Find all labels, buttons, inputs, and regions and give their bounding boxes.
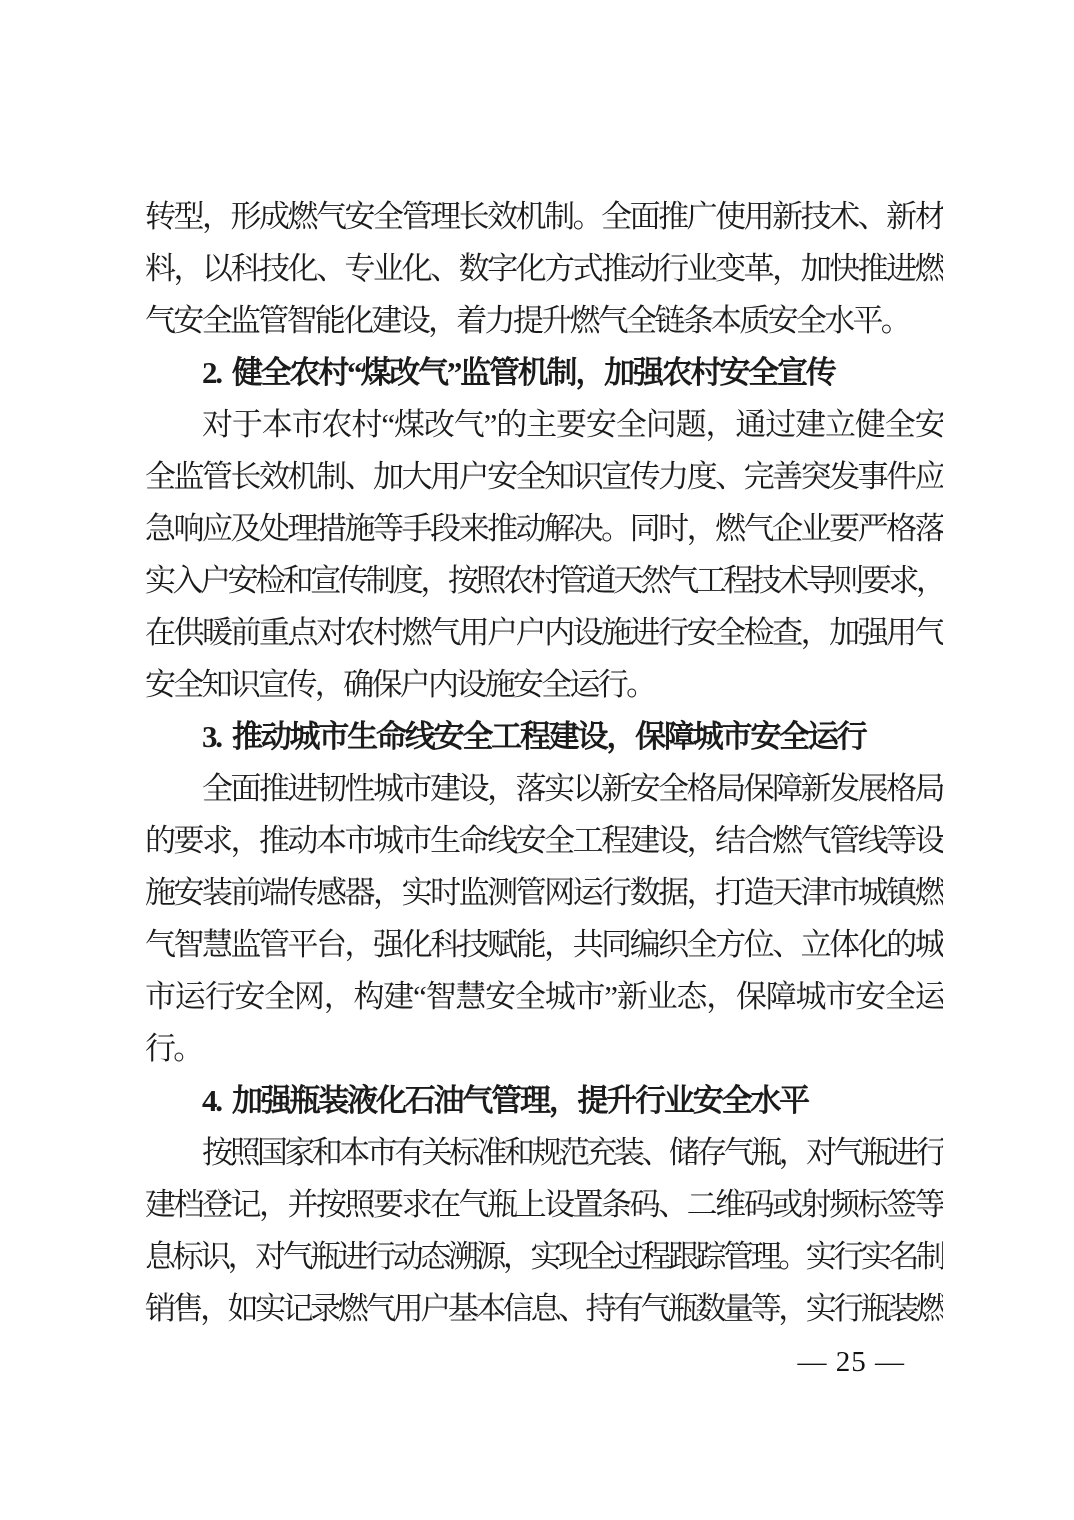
text-line: 在供暖前重点对农村燃气用户户内设施进行安全检查，加强用气: [145, 607, 943, 659]
text-line: 息标识，对气瓶进行动态溯源，实现全过程跟踪管理。实行实名制: [145, 1231, 943, 1283]
text-line: 全监管长效机制、加大用户安全知识宣传力度、完善突发事件应: [145, 451, 943, 503]
text-line: 按照国家和本市有关标准和规范充装、储存气瓶，对气瓶进行: [145, 1127, 943, 1179]
text-line: 施安装前端传感器，实时监测管网运行数据，打造天津市城镇燃: [145, 867, 943, 919]
document-body: 转型，形成燃气安全管理长效机制。全面推广使用新技术、新材 料，以科技化、专业化、…: [145, 191, 943, 1335]
text-line: 转型，形成燃气安全管理长效机制。全面推广使用新技术、新材: [145, 191, 943, 243]
text-line: 气安全监管智能化建设，着力提升燃气全链条本质安全水平。: [145, 295, 943, 347]
text-line: 气智慧监管平台，强化科技赋能，共同编织全方位、立体化的城: [145, 919, 943, 971]
text-line: 的要求，推动本市城市生命线安全工程建设，结合燃气管线等设: [145, 815, 943, 867]
section-heading-2: 2. 健全农村“煤改气”监管机制，加强农村安全宣传: [145, 347, 943, 399]
section-heading-4: 4. 加强瓶装液化石油气管理，提升行业安全水平: [145, 1075, 943, 1127]
text-line: 行。: [145, 1023, 943, 1075]
text-line: 全面推进韧性城市建设，落实以新安全格局保障新发展格局: [145, 763, 943, 815]
text-line: 急响应及处理措施等手段来推动解决。同时，燃气企业要严格落: [145, 503, 943, 555]
section-heading-3: 3. 推动城市生命线安全工程建设，保障城市安全运行: [145, 711, 943, 763]
page-number: — 25 —: [798, 1340, 906, 1384]
text-line: 料，以科技化、专业化、数字化方式推动行业变革，加快推进燃: [145, 243, 943, 295]
text-line: 市运行安全网，构建“智慧安全城市”新业态，保障城市安全运: [145, 971, 943, 1023]
text-line: 销售，如实记录燃气用户基本信息、持有气瓶数量等，实行瓶装燃: [145, 1283, 943, 1335]
text-line: 实入户安检和宣传制度，按照农村管道天然气工程技术导则要求，: [145, 555, 943, 607]
document-page: 转型，形成燃气安全管理长效机制。全面推广使用新技术、新材 料，以科技化、专业化、…: [0, 0, 1074, 1520]
text-line: 建档登记，并按照要求在气瓶上设置条码、二维码或射频标签等信: [145, 1179, 943, 1231]
text-line: 对于本市农村“煤改气”的主要安全问题，通过建立健全安: [145, 399, 943, 451]
text-line: 安全知识宣传，确保户内设施安全运行。: [145, 659, 943, 711]
